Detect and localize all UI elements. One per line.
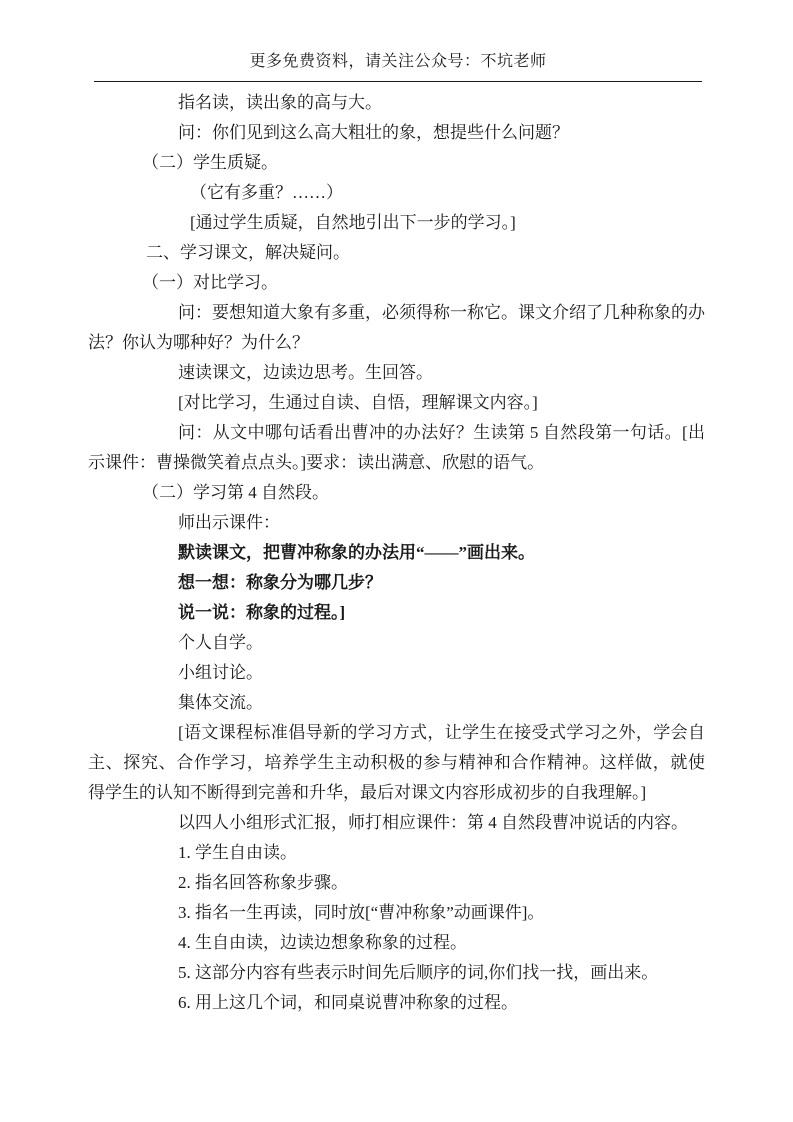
text-line: 问：你们见到这么高大粗壮的象，想提些什么问题？ — [88, 118, 705, 148]
text-line: 2. 指名回答称象步骤。 — [88, 868, 705, 898]
document-body: 指名读，读出象的高与大。问：你们见到这么高大粗壮的象，想提些什么问题？（二）学生… — [88, 88, 705, 1018]
text-line: 以四人小组形式汇报，师打相应课件：第 4 自然段曹冲说话的内容。 — [88, 808, 705, 838]
text-line: 4. 生自由读，边读边想象称象的过程。 — [88, 928, 705, 958]
text-line: [通过学生质疑，自然地引出下一步的学习。] — [88, 208, 705, 238]
text-line: 5. 这部分内容有些表示时间先后顺序的词,你们找一找，画出来。 — [88, 958, 705, 988]
text-line: 速读课文，边读边思考。生回答。 — [88, 358, 705, 388]
text-line: （二）学生质疑。 — [88, 148, 705, 178]
text-line: （一）对比学习。 — [88, 268, 705, 298]
text-line: 3. 指名一生再读，同时放[“曹冲称象”动画课件]。 — [88, 898, 705, 928]
text-line: （它有多重？……） — [88, 178, 705, 208]
text-line: 个人自学。 — [88, 628, 705, 658]
text-line: [对比学习，生通过自读、自悟，理解课文内容。] — [88, 388, 705, 418]
text-line: 想一想：称象分为哪几步？ — [88, 568, 705, 598]
header-text: 更多免费资料，请关注公众号：不坑老师 — [94, 52, 702, 72]
text-line: 问：要想知道大象有多重，必须得称一称它。课文介绍了几种称象的办 — [88, 298, 705, 328]
text-line: 默读课文，把曹冲称象的办法用“——”画出来。 — [88, 538, 705, 568]
document-page: 更多免费资料，请关注公众号：不坑老师 指名读，读出象的高与大。问：你们见到这么高… — [0, 0, 793, 1122]
text-line: 小组讨论。 — [88, 658, 705, 688]
text-line: 1. 学生自由读。 — [88, 838, 705, 868]
text-line: 集体交流。 — [88, 688, 705, 718]
text-line: （二）学习第 4 自然段。 — [88, 478, 705, 508]
text-line: 得学生的认知不断得到完善和升华，最后对课文内容形成初步的自我理解。] — [88, 778, 705, 808]
text-line: [语文课程标准倡导新的学习方式，让学生在接受式学习之外，学会自 — [88, 718, 705, 748]
text-line: 说一说：称象的过程。] — [88, 598, 705, 628]
text-line: 二、学习课文，解决疑问。 — [88, 238, 705, 268]
text-line: 指名读，读出象的高与大。 — [88, 88, 705, 118]
text-line: 师出示课件： — [88, 508, 705, 538]
text-line: 主、探究、合作学习，培养学生主动积极的参与精神和合作精神。这样做，就使 — [88, 748, 705, 778]
text-line: 问：从文中哪句话看出曹冲的办法好？生读第 5 自然段第一句话。[出 — [88, 418, 705, 448]
text-line: 6. 用上这几个词，和同桌说曹冲称象的过程。 — [88, 988, 705, 1018]
text-line: 示课件：曹操微笑着点点头。]要求：读出满意、欣慰的语气。 — [88, 448, 705, 478]
page-header: 更多免费资料，请关注公众号：不坑老师 — [94, 52, 702, 82]
text-line: 法？你认为哪种好？为什么？ — [88, 328, 705, 358]
